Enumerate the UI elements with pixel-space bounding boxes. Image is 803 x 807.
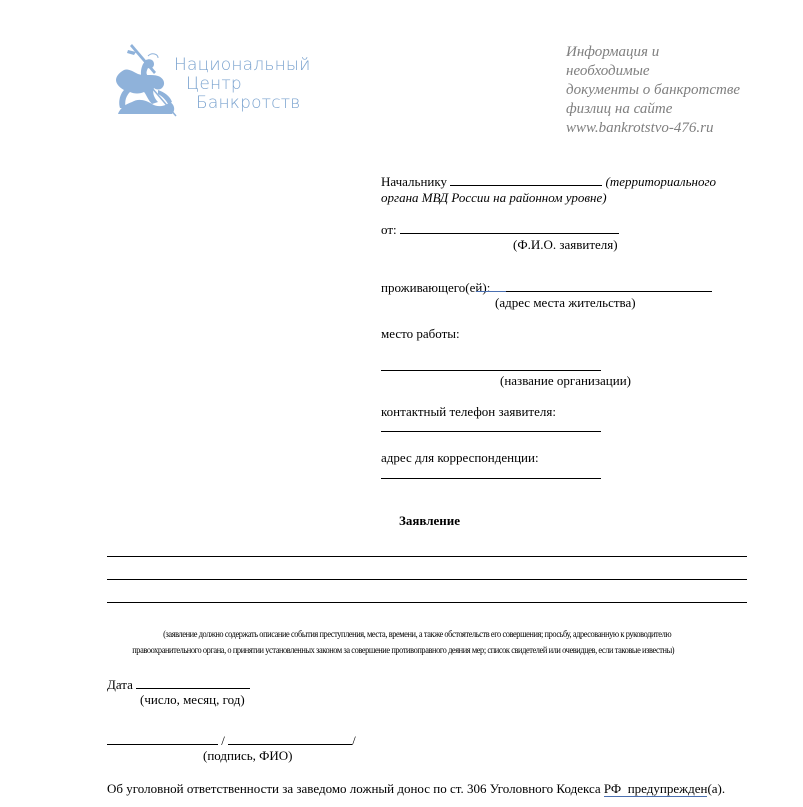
work-label: место работы: [381, 326, 460, 342]
signature-row: / / [107, 733, 356, 749]
to-label: Начальнику [381, 174, 447, 189]
date-hint: (число, месяц, год) [140, 692, 245, 708]
logo-line-1: Национальный [174, 56, 311, 75]
logo-line-3: Банкротств [174, 94, 311, 113]
residence-row: проживающего(ей): [381, 280, 712, 296]
promo-line: необходимые [566, 62, 740, 81]
from-field[interactable] [400, 222, 619, 234]
work-field[interactable] [381, 370, 601, 371]
signature-end: / [352, 733, 356, 748]
phone-label: контактный телефон заявителя: [381, 404, 556, 420]
name-field[interactable] [228, 733, 352, 745]
promo-text: Информация и необходимые документы о бан… [566, 43, 740, 138]
signature-field[interactable] [107, 733, 218, 745]
promo-link[interactable]: www.bankrotstvo-476.ru [566, 119, 740, 138]
statement-line-1[interactable] [107, 556, 747, 557]
logo-line-2: Центр [174, 75, 311, 94]
phone-field[interactable] [381, 431, 601, 432]
note-line-2: правоохранительного органа, о принятии у… [30, 642, 777, 658]
statement-line-2[interactable] [107, 579, 747, 580]
warning-row: Об уголовной ответственности за заведомо… [107, 781, 725, 797]
date-label: Дата [107, 677, 133, 692]
logo-text: Национальный Центр Банкротств [174, 56, 311, 113]
warning-rf: РФ [604, 781, 621, 797]
warning-text: Об уголовной ответственности за заведомо… [107, 781, 601, 796]
from-label: от: [381, 222, 397, 237]
date-field[interactable] [136, 677, 250, 689]
residence-label: проживающего(ей): [381, 280, 490, 295]
signature-hint: (подпись, ФИО) [203, 748, 293, 764]
to-row: Начальнику (территориального [381, 174, 716, 190]
work-hint: (название организации) [500, 373, 631, 389]
st-george-horseman-icon [112, 42, 182, 118]
mail-field[interactable] [381, 478, 601, 479]
warning-warned: предупрежден [628, 781, 708, 797]
document-title: Заявление [399, 513, 460, 529]
from-hint: (Ф.И.О. заявителя) [513, 237, 618, 253]
from-row: от: [381, 222, 619, 238]
spellcheck-underline [476, 291, 506, 292]
residence-hint: (адрес места жительства) [495, 295, 636, 311]
promo-line: физлиц на сайте [566, 100, 740, 119]
to-hint: (территориального [606, 174, 716, 189]
date-row: Дата [107, 677, 250, 693]
to-field[interactable] [450, 174, 602, 186]
warning-suffix: (а). [707, 781, 725, 796]
statement-line-3[interactable] [107, 602, 747, 603]
promo-line: Информация и [566, 43, 740, 62]
note-line-1: (заявление должно содержать описание соб… [30, 626, 777, 642]
mail-label: адрес для корреспонденции: [381, 450, 539, 466]
to-hint-2: органа МВД России на районном уровне) [381, 190, 607, 206]
promo-line: документы о банкротстве [566, 81, 740, 100]
signature-separator: / [221, 733, 225, 748]
residence-field[interactable] [476, 280, 712, 292]
statement-note: (заявление должно содержать описание соб… [30, 626, 777, 658]
